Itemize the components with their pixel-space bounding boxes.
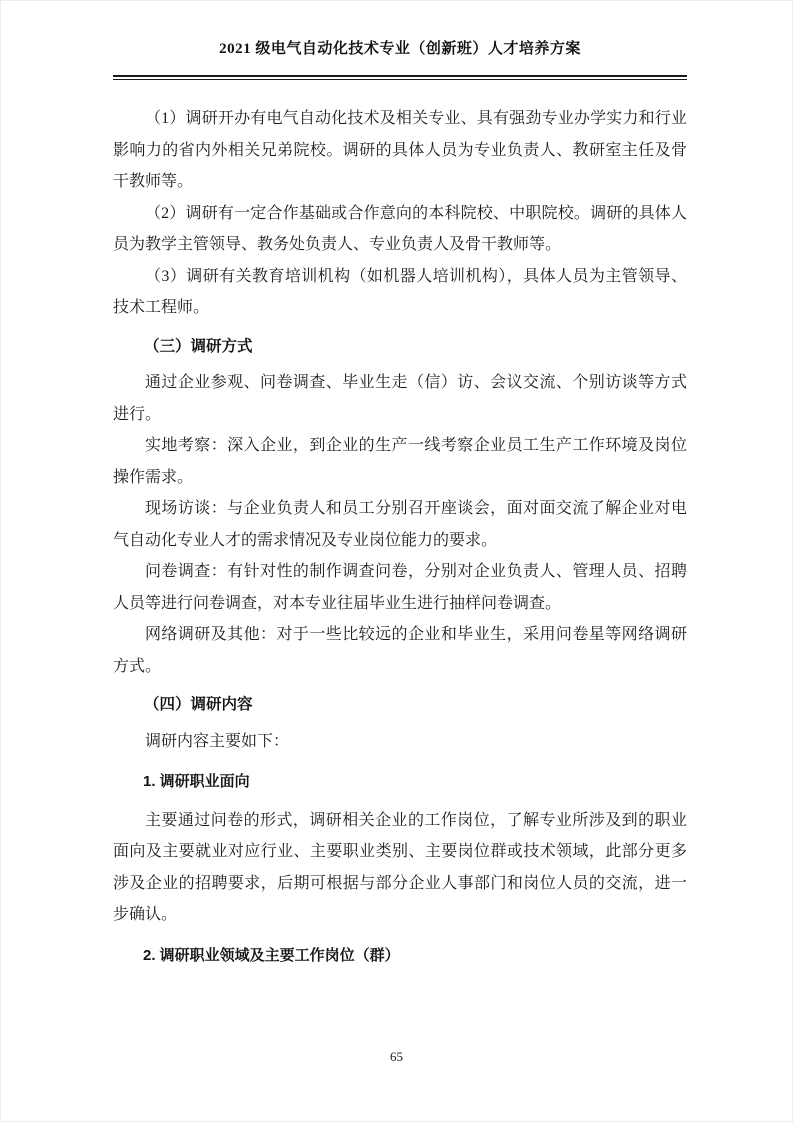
page-content: 2021 级电气自动化技术专业（创新班）人才培养方案 （1）调研开办有电气自动化… [1, 37, 792, 971]
paragraph-onsite-interview: 现场访谈：与企业负责人和员工分别召开座谈会，面对面交流了解企业对电气自动化专业人… [113, 493, 687, 556]
paragraph-online-research: 网络调研及其他：对于一些比较远的企业和毕业生，采用问卷星等网络调研方式。 [113, 619, 687, 682]
subheading-job-domains: 2. 调研职业领域及主要工作岗位（群） [113, 940, 687, 972]
paragraph-2: （2）调研有一定合作基础或合作意向的本科院校、中职院校。调研的具体人员为教学主管… [113, 198, 687, 261]
paragraph-career-orientation-detail: 主要通过问卷的形式，调研相关企业的工作岗位，了解专业所涉及到的职业面向及主要就业… [113, 805, 687, 931]
document-body: （1）调研开办有电气自动化技术及相关专业、具有强劲专业办学实力和行业影响力的省内… [113, 103, 687, 971]
paragraph-1: （1）调研开办有电气自动化技术及相关专业、具有强劲专业办学实力和行业影响力的省内… [113, 103, 687, 198]
subheading-career-orientation: 1. 调研职业面向 [113, 766, 687, 798]
paragraph-content-intro: 调研内容主要如下： [113, 726, 687, 758]
paragraph-3: （3）调研有关教育培训机构（如机器人培训机构），具体人员为主管领导、技术工程师。 [113, 261, 687, 324]
section-heading-research-content: （四）调研内容 [113, 689, 687, 721]
document-page: 2021 级电气自动化技术专业（创新班）人才培养方案 （1）调研开办有电气自动化… [0, 0, 793, 1122]
paragraph-questionnaire: 问卷调查：有针对性的制作调查问卷，分别对企业负责人、管理人员、招聘人员等进行问卷… [113, 556, 687, 619]
section-heading-research-methods: （三）调研方式 [113, 331, 687, 363]
paragraph-methods-overview: 通过企业参观、问卷调查、毕业生走（信）访、会议交流、个别访谈等方式进行。 [113, 367, 687, 430]
paragraph-field-visit: 实地考察：深入企业，到企业的生产一线考察企业员工生产工作环境及岗位操作需求。 [113, 430, 687, 493]
page-header-title: 2021 级电气自动化技术专业（创新班）人才培养方案 [113, 37, 687, 58]
header-double-rule [113, 75, 687, 80]
page-number: 65 [1, 1049, 792, 1065]
